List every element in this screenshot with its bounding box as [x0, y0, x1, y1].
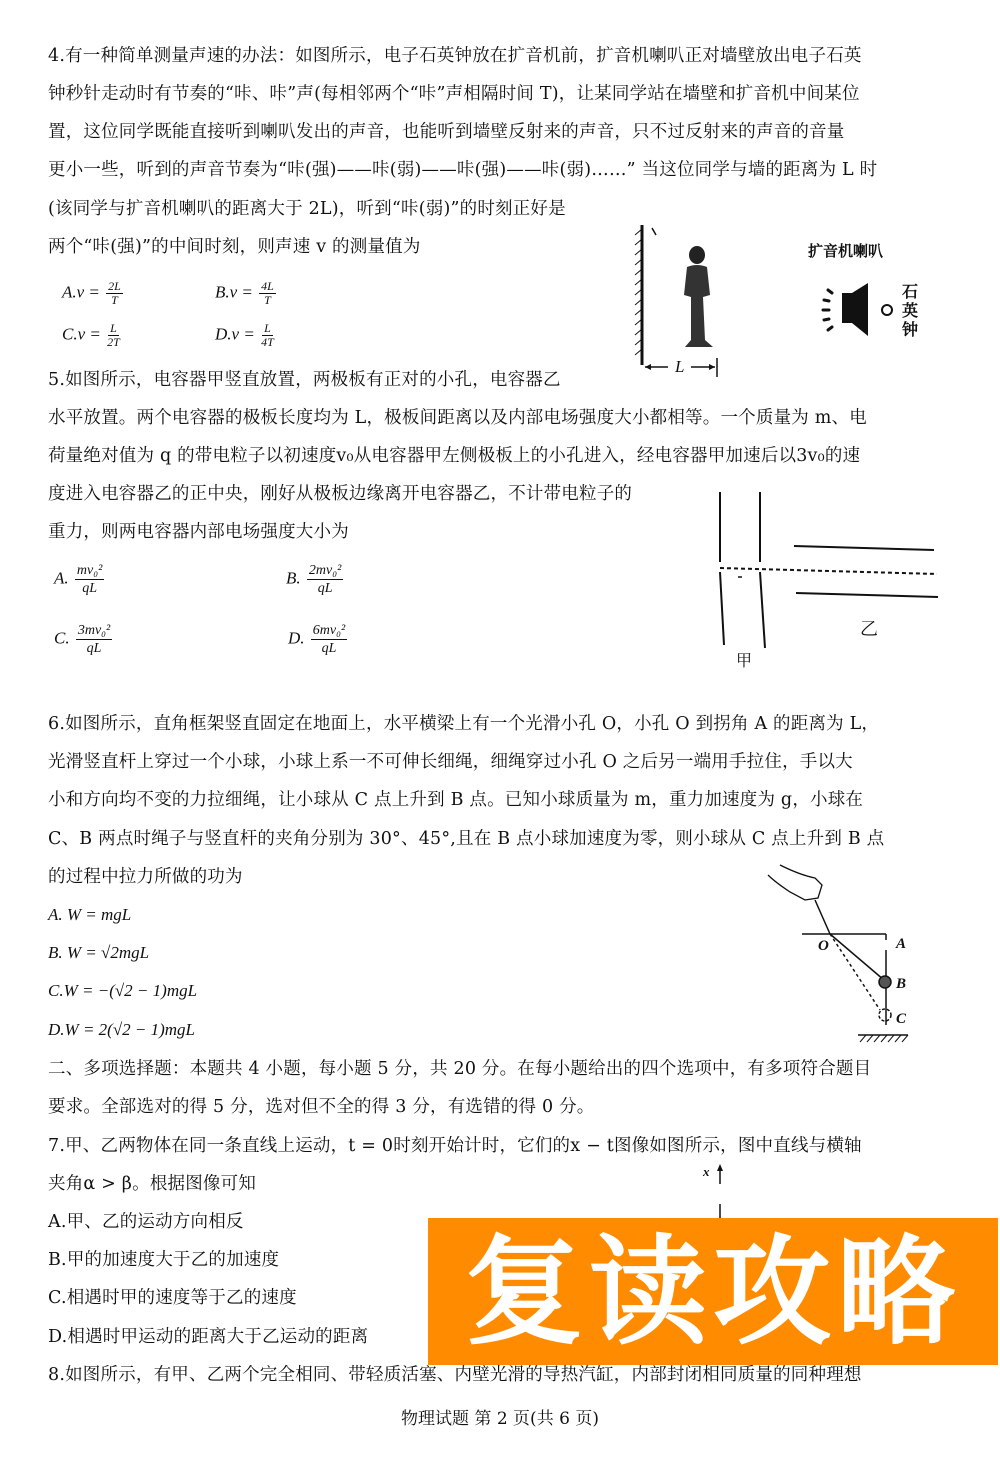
q4-line-1: 4.有一种简单测量声速的办法：如图所示，电子石英钟放在扩音机前，扩音机喇叭正对墙… — [48, 46, 862, 66]
watermark-text: 复读攻略 — [465, 1233, 961, 1351]
q7-line-1: 7.甲、乙两物体在同一条直线上运动，t = 0时刻开始计时，它们的x − t图像… — [48, 1136, 862, 1156]
q4-option-b: B.v = 4LT — [215, 280, 276, 307]
q6-option-b: B. W = √2mgL — [48, 943, 149, 963]
q6-line-4: C、B 两点时绳子与竖直杆的夹角分别为 30°、45°,且在 B 点小球加速度为… — [48, 829, 884, 849]
q4-line-3: 置，这位同学既能直接听到喇叭发出的声音，也能听到墙壁反射来的声音，只不过反射来的… — [48, 122, 845, 142]
q6-option-c: C.W = −(√2 − 1)mgL — [48, 981, 197, 1001]
capacitor-b-label: 乙 — [860, 619, 878, 640]
q6-frame-figure: O A B C — [750, 860, 950, 1050]
section2-line-2: 要求。全部选对的得 5 分，选对但不全的得 3 分，有选错的得 0 分。 — [48, 1097, 594, 1117]
q4-line-2: 钟秒针走动时有节奏的“咔、咔”声(每相邻两个“咔”声相隔时间 T)，让某同学站在… — [48, 84, 860, 104]
q6-option-a: A. W = mgL — [48, 905, 131, 925]
q5-line-3: 荷量绝对值为 q 的带电粒子以初速度v₀从电容器甲左侧极板上的小孔进入，经电容器… — [48, 446, 860, 466]
svg-text:x: x — [702, 1164, 710, 1179]
q7-option-a: A.甲、乙的运动方向相反 — [48, 1212, 244, 1232]
q7-option-d: D.相遇时甲运动的距离大于乙运动的距离 — [48, 1327, 368, 1347]
q6-line-5: 的过程中拉力所做的功为 — [48, 867, 243, 887]
q4-option-d: D.v = L4T — [215, 322, 274, 349]
q6-line-1: 6.如图所示，直角框架竖直固定在地面上，水平横梁上有一个光滑小孔 O，小孔 O … — [48, 714, 879, 734]
point-c-label: C — [896, 1011, 907, 1027]
q4-figure-wall-person: L — [625, 215, 745, 380]
q4-option-c: C.v = L2T — [62, 322, 120, 349]
q5-line-2: 水平放置。两个电容器的极板长度均为 L，极板间距离以及内部电场强度大小都相等。一… — [48, 408, 867, 428]
q5-option-a: A. mv₀²qL — [54, 562, 104, 597]
q4-line-4: 更小一些，听到的声音节奏为“咔(强)——咔(弱)——咔(强)——咔(弱)……” … — [48, 160, 877, 180]
page-footer: 物理试题 第 2 页(共 6 页) — [0, 1404, 1000, 1429]
distance-label: L — [674, 357, 684, 376]
q5-option-d: D. 6mv₀²qL — [288, 622, 347, 657]
speaker-icon — [820, 278, 900, 338]
q5-line-4: 度进入电容器乙的正中央，刚好从极板边缘离开电容器乙，不计带电粒子的 — [48, 484, 632, 504]
q8-line-1: 8.如图所示，有甲、乙两个完全相同、带轻质活塞、内壁光滑的导热汽缸，内部封闭相同… — [48, 1365, 862, 1385]
capacitor-a-label: 甲 — [736, 651, 752, 670]
section2-line-1: 二、多项选择题：本题共 4 小题，每小题 5 分，共 20 分。在每小题给出的四… — [48, 1059, 871, 1079]
q5-option-b: B. 2mv₀²qL — [286, 562, 343, 597]
q6-line-2: 光滑竖直杆上穿过一个小球，小球上系一不可伸长细绳，细绳穿过小孔 O 之后另一端用… — [48, 752, 853, 772]
q5-option-c: C. 3mv₀²qL — [54, 622, 112, 657]
q7-line-2: 夹角α > β。根据图像可知 — [48, 1174, 256, 1194]
q5-line-1: 5.如图所示，电容器甲竖直放置，两极板有正对的小孔，电容器乙 — [48, 370, 561, 390]
q7-option-b: B.甲的加速度大于乙的加速度 — [48, 1250, 279, 1270]
q4-line-5: (该同学与扩音机喇叭的距离大于 2L)，听到“咔(弱)”的时刻正好是 — [48, 199, 566, 219]
q7-option-c: C.相遇时甲的速度等于乙的速度 — [48, 1288, 297, 1308]
q6-option-d: D.W = 2(√2 − 1)mgL — [48, 1020, 195, 1040]
clock-label: 石 英 钟 — [902, 282, 918, 339]
speaker-label: 扩音机喇叭 — [808, 240, 883, 261]
q5-line-5: 重力，则两电容器内部电场强度大小为 — [48, 522, 349, 542]
q4-line-6: 两个“咔(强)”的中间时刻，则声速 v 的测量值为 — [48, 237, 421, 257]
q4-option-a: A.v = 2LT — [62, 280, 123, 307]
point-b-label: B — [895, 976, 906, 992]
q5-capacitor-figure: 甲 乙 — [700, 480, 960, 680]
q6-line-3: 小和方向均不变的力拉细绳，让小球从 C 点上升到 B 点。已知小球质量为 m，重… — [48, 790, 863, 810]
point-o-label: O — [818, 938, 829, 954]
watermark-banner: 复读攻略 — [428, 1218, 998, 1365]
point-a-label: A — [895, 936, 906, 952]
